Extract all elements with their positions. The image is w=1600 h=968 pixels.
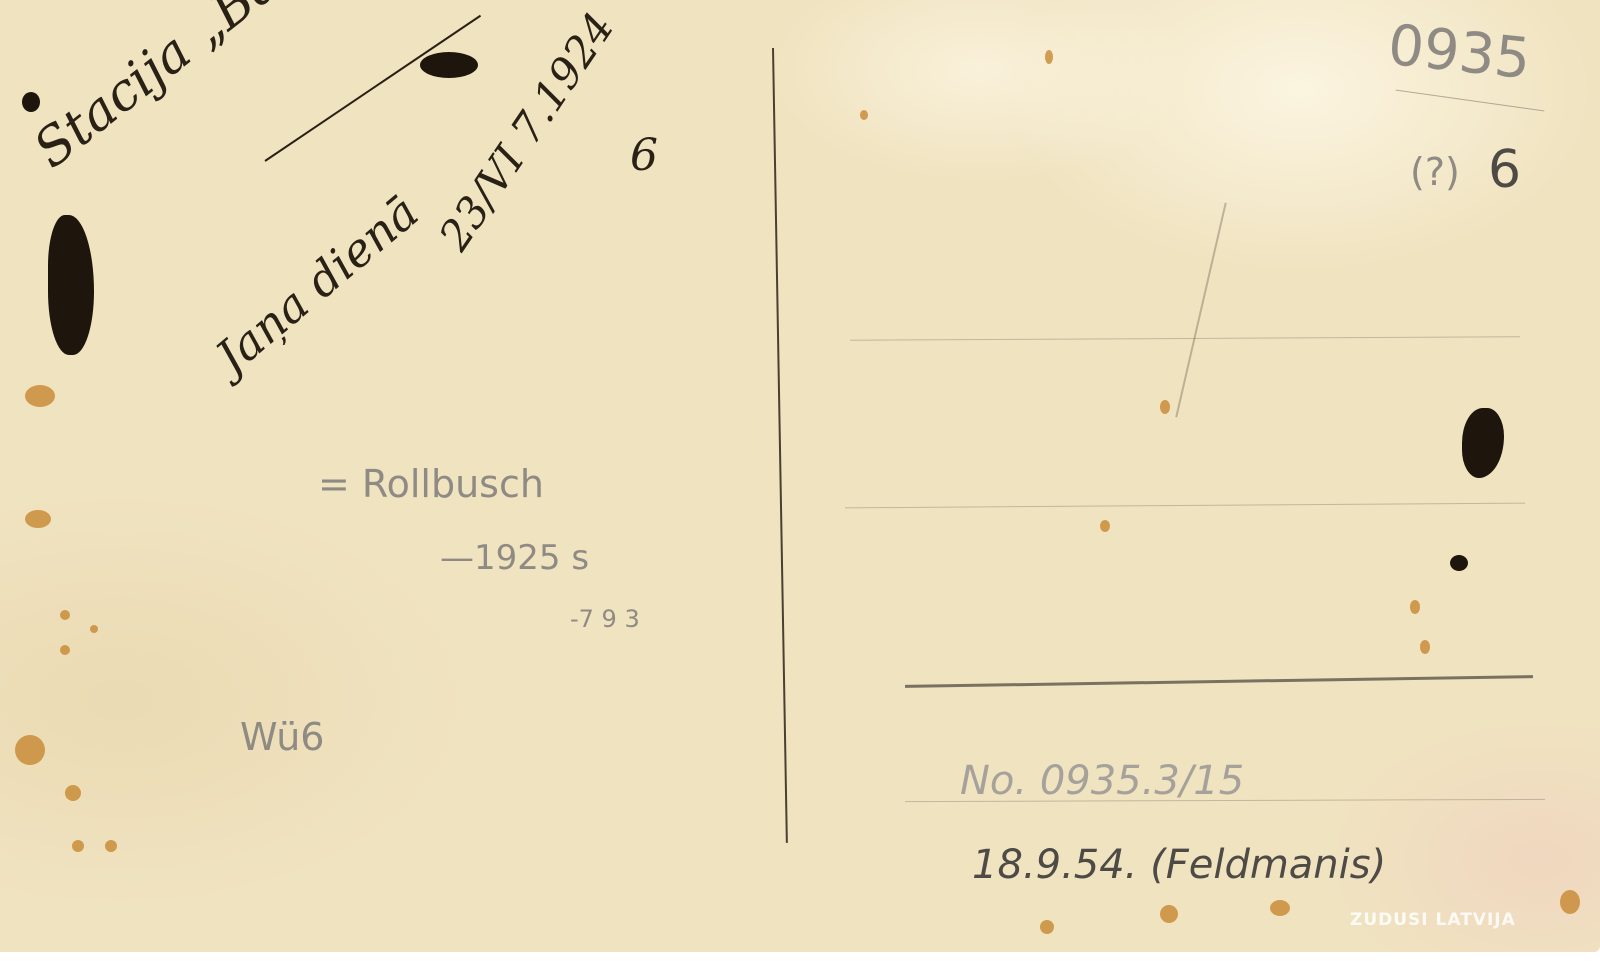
handwriting-date-suffix: 6	[630, 130, 658, 181]
foxing-spot	[1270, 900, 1290, 916]
foxing-spot	[1160, 905, 1178, 923]
pencil-stroke	[1175, 203, 1226, 418]
address-line-3	[905, 675, 1533, 688]
ink-blot-top	[420, 52, 478, 78]
foxing-spot	[1040, 920, 1054, 934]
foxing-spot	[15, 735, 45, 765]
postcard-back: Stacija „Baloži" Jaņa dienā 23/VI 7.1924…	[0, 0, 1600, 952]
foxing-spot	[860, 110, 868, 120]
foxing-spot	[25, 510, 51, 528]
foxing-spot	[1160, 400, 1170, 414]
foxing-spot	[90, 625, 98, 633]
foxing-spot	[1045, 50, 1053, 64]
foxing-spot	[1410, 600, 1420, 614]
handwriting-station-name: Stacija „Baloži"	[23, 0, 382, 180]
center-divider-line	[772, 48, 788, 843]
catalog-underline	[1396, 90, 1545, 112]
foxing-spot	[1100, 520, 1110, 532]
pencil-note-wu6: Wü6	[240, 715, 324, 759]
foxing-spot	[60, 610, 70, 620]
ink-blot-left	[48, 215, 94, 355]
address-line-2	[845, 503, 1525, 509]
catalog-number-top: 0935	[1385, 13, 1534, 93]
foxing-spot	[60, 645, 70, 655]
underline-flourish	[264, 15, 481, 162]
catalog-sub-number: 6	[1488, 140, 1521, 200]
pencil-note-small: -7 9 3	[570, 605, 640, 633]
foxing-spot	[105, 840, 117, 852]
watermark: ZUDUSI LATVIJA	[1350, 910, 1516, 930]
ink-blot-right	[1462, 408, 1504, 478]
foxing-spot	[1560, 890, 1580, 914]
ink-blot-right-small	[1450, 555, 1468, 571]
acquisition-note: 18.9.54. (Feldmanis)	[972, 842, 1386, 888]
inventory-number: No. 0935.3/15	[960, 758, 1244, 804]
handwriting-date: 23/VI 7.1924	[429, 4, 623, 259]
pencil-note-rollbusch: = Rollbusch	[318, 462, 544, 506]
foxing-spot	[1420, 640, 1430, 654]
address-line-1	[850, 336, 1520, 341]
catalog-sub-bracket: (?)	[1410, 150, 1460, 194]
ink-blot-top-left	[22, 92, 40, 112]
foxing-spot	[65, 785, 81, 801]
foxing-spot	[72, 840, 84, 852]
handwriting-midsummer-day: Jaņa dienā	[205, 185, 428, 384]
pencil-note-year: —1925 s	[440, 538, 589, 578]
foxing-spot	[25, 385, 55, 407]
